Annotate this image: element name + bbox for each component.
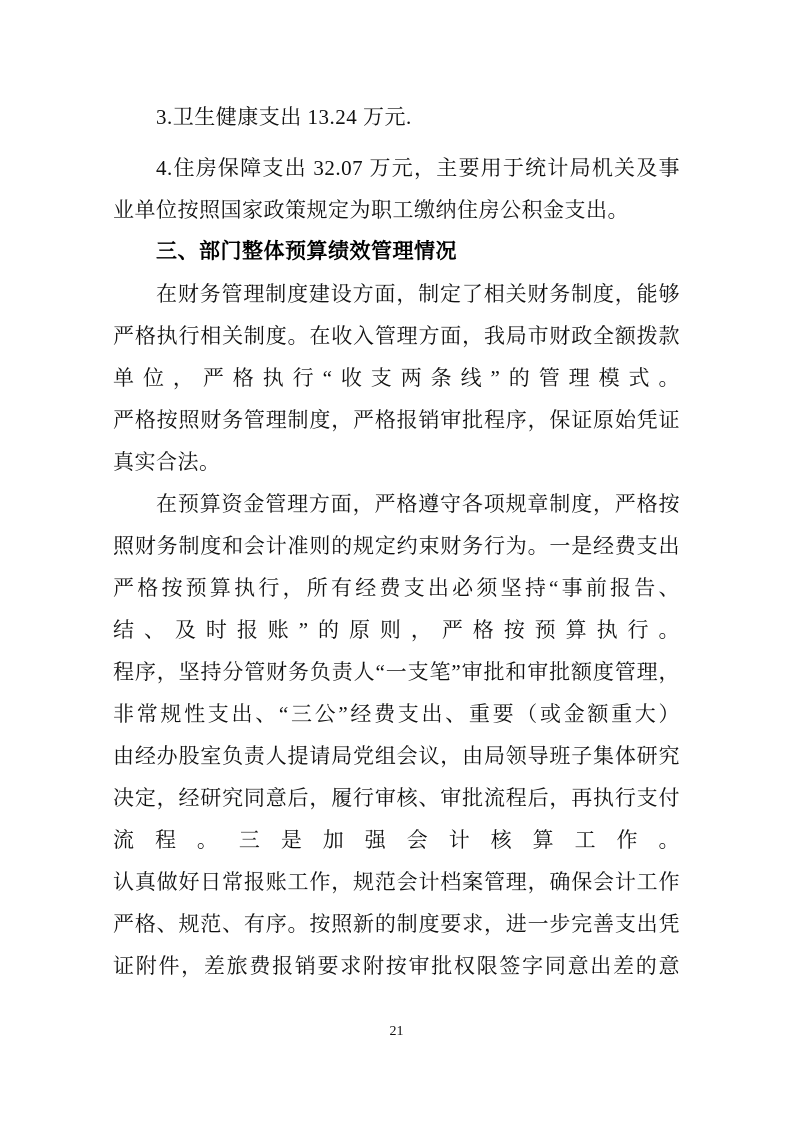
paragraph-finance-line-1: 在财务管理制度建设方面，制定了相关财务制度，能够 — [113, 273, 680, 315]
paragraph-budget-line-11: 严格、规范、有序。按照新的制度要求，进一步完善支出凭 — [113, 903, 680, 945]
paragraph-finance-line-4: 严格按照财务管理制度，严格报销审批程序，保证原始凭证 — [113, 399, 680, 441]
paragraph-budget-line-7: 由经办股室负责人提请局党组会议，由局领导班子集体研究 — [113, 735, 680, 777]
section-heading: 三、部门整体预算绩效管理情况 — [113, 231, 680, 273]
paragraph-budget-line-12: 证附件，差旅费报销要求附按审批权限签字同意出差的意 — [113, 945, 680, 987]
expense-item-housing-line-2: 业单位按照国家政策规定为职工缴纳住房公积金支出。 — [113, 189, 680, 231]
paragraph-budget-line-9: 流程。三是加强会计核算工作。进一步强化基础性会计工作， — [113, 819, 680, 861]
paragraph-finance-line-5: 真实合法。 — [113, 441, 680, 483]
paragraph-budget-line-10: 认真做好日常报账工作，规范会计档案管理，确保会计工作 — [113, 861, 680, 903]
paragraph-budget-line-4: 结、及时报账”的原则，严格按预算执行。二是规范报销审批 — [113, 609, 680, 651]
paragraph-budget-line-6: 非常规性支出、“三公”经费支出、重要（或金额重大）支出， — [113, 693, 680, 735]
paragraph-finance-line-2: 严格执行相关制度。在收入管理方面，我局市财政全额拨款 — [113, 315, 680, 357]
paragraph-budget-line-8: 决定，经研究同意后，履行审核、审批流程后，再执行支付 — [113, 777, 680, 819]
paragraph-budget-line-2: 照财务制度和会计准则的规定约束财务行为。一是经费支出 — [113, 525, 680, 567]
document-page: 3.卫生健康支出 13.24 万元. 4.住房保障支出 32.07 万元，主要用… — [0, 0, 793, 1122]
paragraph-budget-line-5: 程序，坚持分管财务负责人“一支笔”审批和审批额度管理， — [113, 651, 680, 693]
paragraph-budget-line-3: 严格按预算执行，所有经费支出必须坚持“事前报告、一事一 — [113, 567, 680, 609]
expense-item-housing-line-1: 4.住房保障支出 32.07 万元，主要用于统计局机关及事 — [113, 147, 680, 189]
paragraph-finance-line-3: 单位，严格执行“收支两条线”的管理模式。在支出管理方面， — [113, 357, 680, 399]
paragraph-budget-line-1: 在预算资金管理方面，严格遵守各项规章制度，严格按 — [113, 483, 680, 525]
expense-item-health-line: 3.卫生健康支出 13.24 万元. — [113, 96, 680, 138]
page-number: 21 — [0, 1022, 793, 1042]
text-block: 3.卫生健康支出 13.24 万元. 4.住房保障支出 32.07 万元，主要用… — [113, 96, 680, 987]
